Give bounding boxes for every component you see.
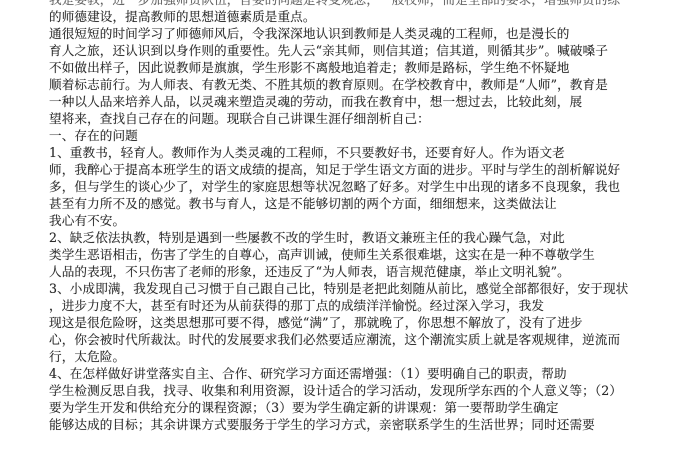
text-line: 4、在怎样做好讲堂落实自主、合作、研究学习方面还需增强：（1）要明确自己的职责，… [49,365,567,382]
text-line: 顺着标志前行。为人师表、有教无类、不胜其烦的教育原则。在学校教育中，教师是“人师… [49,76,608,93]
text-line: ，进步力度不大，甚至有时还为从前获得的那丁点的成绩洋洋愉悦。经过深入学习，我发 [49,297,544,314]
text-line: 类学生恶语相击，伤害了学生的自尊心，高声训诫，使师生关系很难堪，这实在是一种不尊… [49,246,595,263]
section-heading: 一、存在的问题 [49,127,138,144]
text-line: 要为学生开发和供给充分的课程资源；（3）要为学生确定新的讲课观：第一要帮助学生确… [49,399,559,416]
text-line: 一种以人品来培养人品，以灵魂来塑造灵魂的劳动，而我在教育中，想一想过去，比较此刻… [49,93,582,110]
text-line: 学生检测反思自我，找寻、收集和利用资源，设计适合的学习活动，发现所学东西的个人意… [49,382,622,399]
text-line: 通很短短的时间学习了师德师风后，令我深深地认识到教师是人类灵魂的工程师，也是漫长… [49,25,569,42]
text-line: 我心有不安。 [49,212,125,229]
text-line: 不如做出样子，因此说教师是旗旗，学生形影不离般地追着走；教师是路标，学生绝不怀疑… [49,59,569,76]
text-line: 我是要教，进一步加强师资队伍，首要的问题是转变观念，一般校师，而是全部的要求，增… [49,0,620,8]
text-line: 2、缺乏依法执教，特别是遇到一些屡教不改的学生时，教语文兼班主任的我心躁气急，对… [49,229,565,246]
text-line: 的师德建设，提高教师的思想道德素质是重点。 [49,8,316,25]
text-line: 能够达成的目标；其余讲课方式要服务于学生的学习方式，亲密联系学生的生活世界；同时… [49,416,595,433]
text-line: 育人之旅，还认识到以身作则的重要性。先人云“亲其师，则信其道；信其道，则循其步”… [49,42,608,59]
text-line: 3、小成即满，我发现自己习惯于自己跟自己比，特别是老把此刻随从前比，感觉全部都很… [49,280,628,297]
text-line: 现这是很危险呀，这类思想那可要不得，感觉“满”了，那就晚了，你思想不解放了，没有… [49,314,583,331]
text-line: 甚至有力所不及的感觉。教书与育人，这是不能够切割的两个方面，细细想来，这类做法让 [49,195,557,212]
text-line: 望将来，查找自己存在的问题。现联合自己讲课生涯仔细剖析自己： [49,110,430,127]
text-line: 多，但与学生的谈心少了，对学生的家庭思想等状况忽略了好多。对学生中出现的诸多不良… [49,178,620,195]
text-line: 人品的表现，不只伤害了老师的形象，还违反了“为人师表，语言规范健康，举止文明礼貌… [49,263,570,280]
text-line: 行，太危险。 [49,348,125,365]
text-line: 心，你会被时代所裁汰。时代的发展要求我们必然要适应潮流，这个潮流实质上就是客观规… [49,331,620,348]
text-line: 师，我醉心于提高本班学生的语文成绩的提高，知足于学生语文方面的进步。平时与学生的… [49,161,620,178]
text-line: 1、重教书，轻育人。教师作为人类灵魂的工程师，不只要教好书，还要育好人。作为语文… [49,144,565,161]
